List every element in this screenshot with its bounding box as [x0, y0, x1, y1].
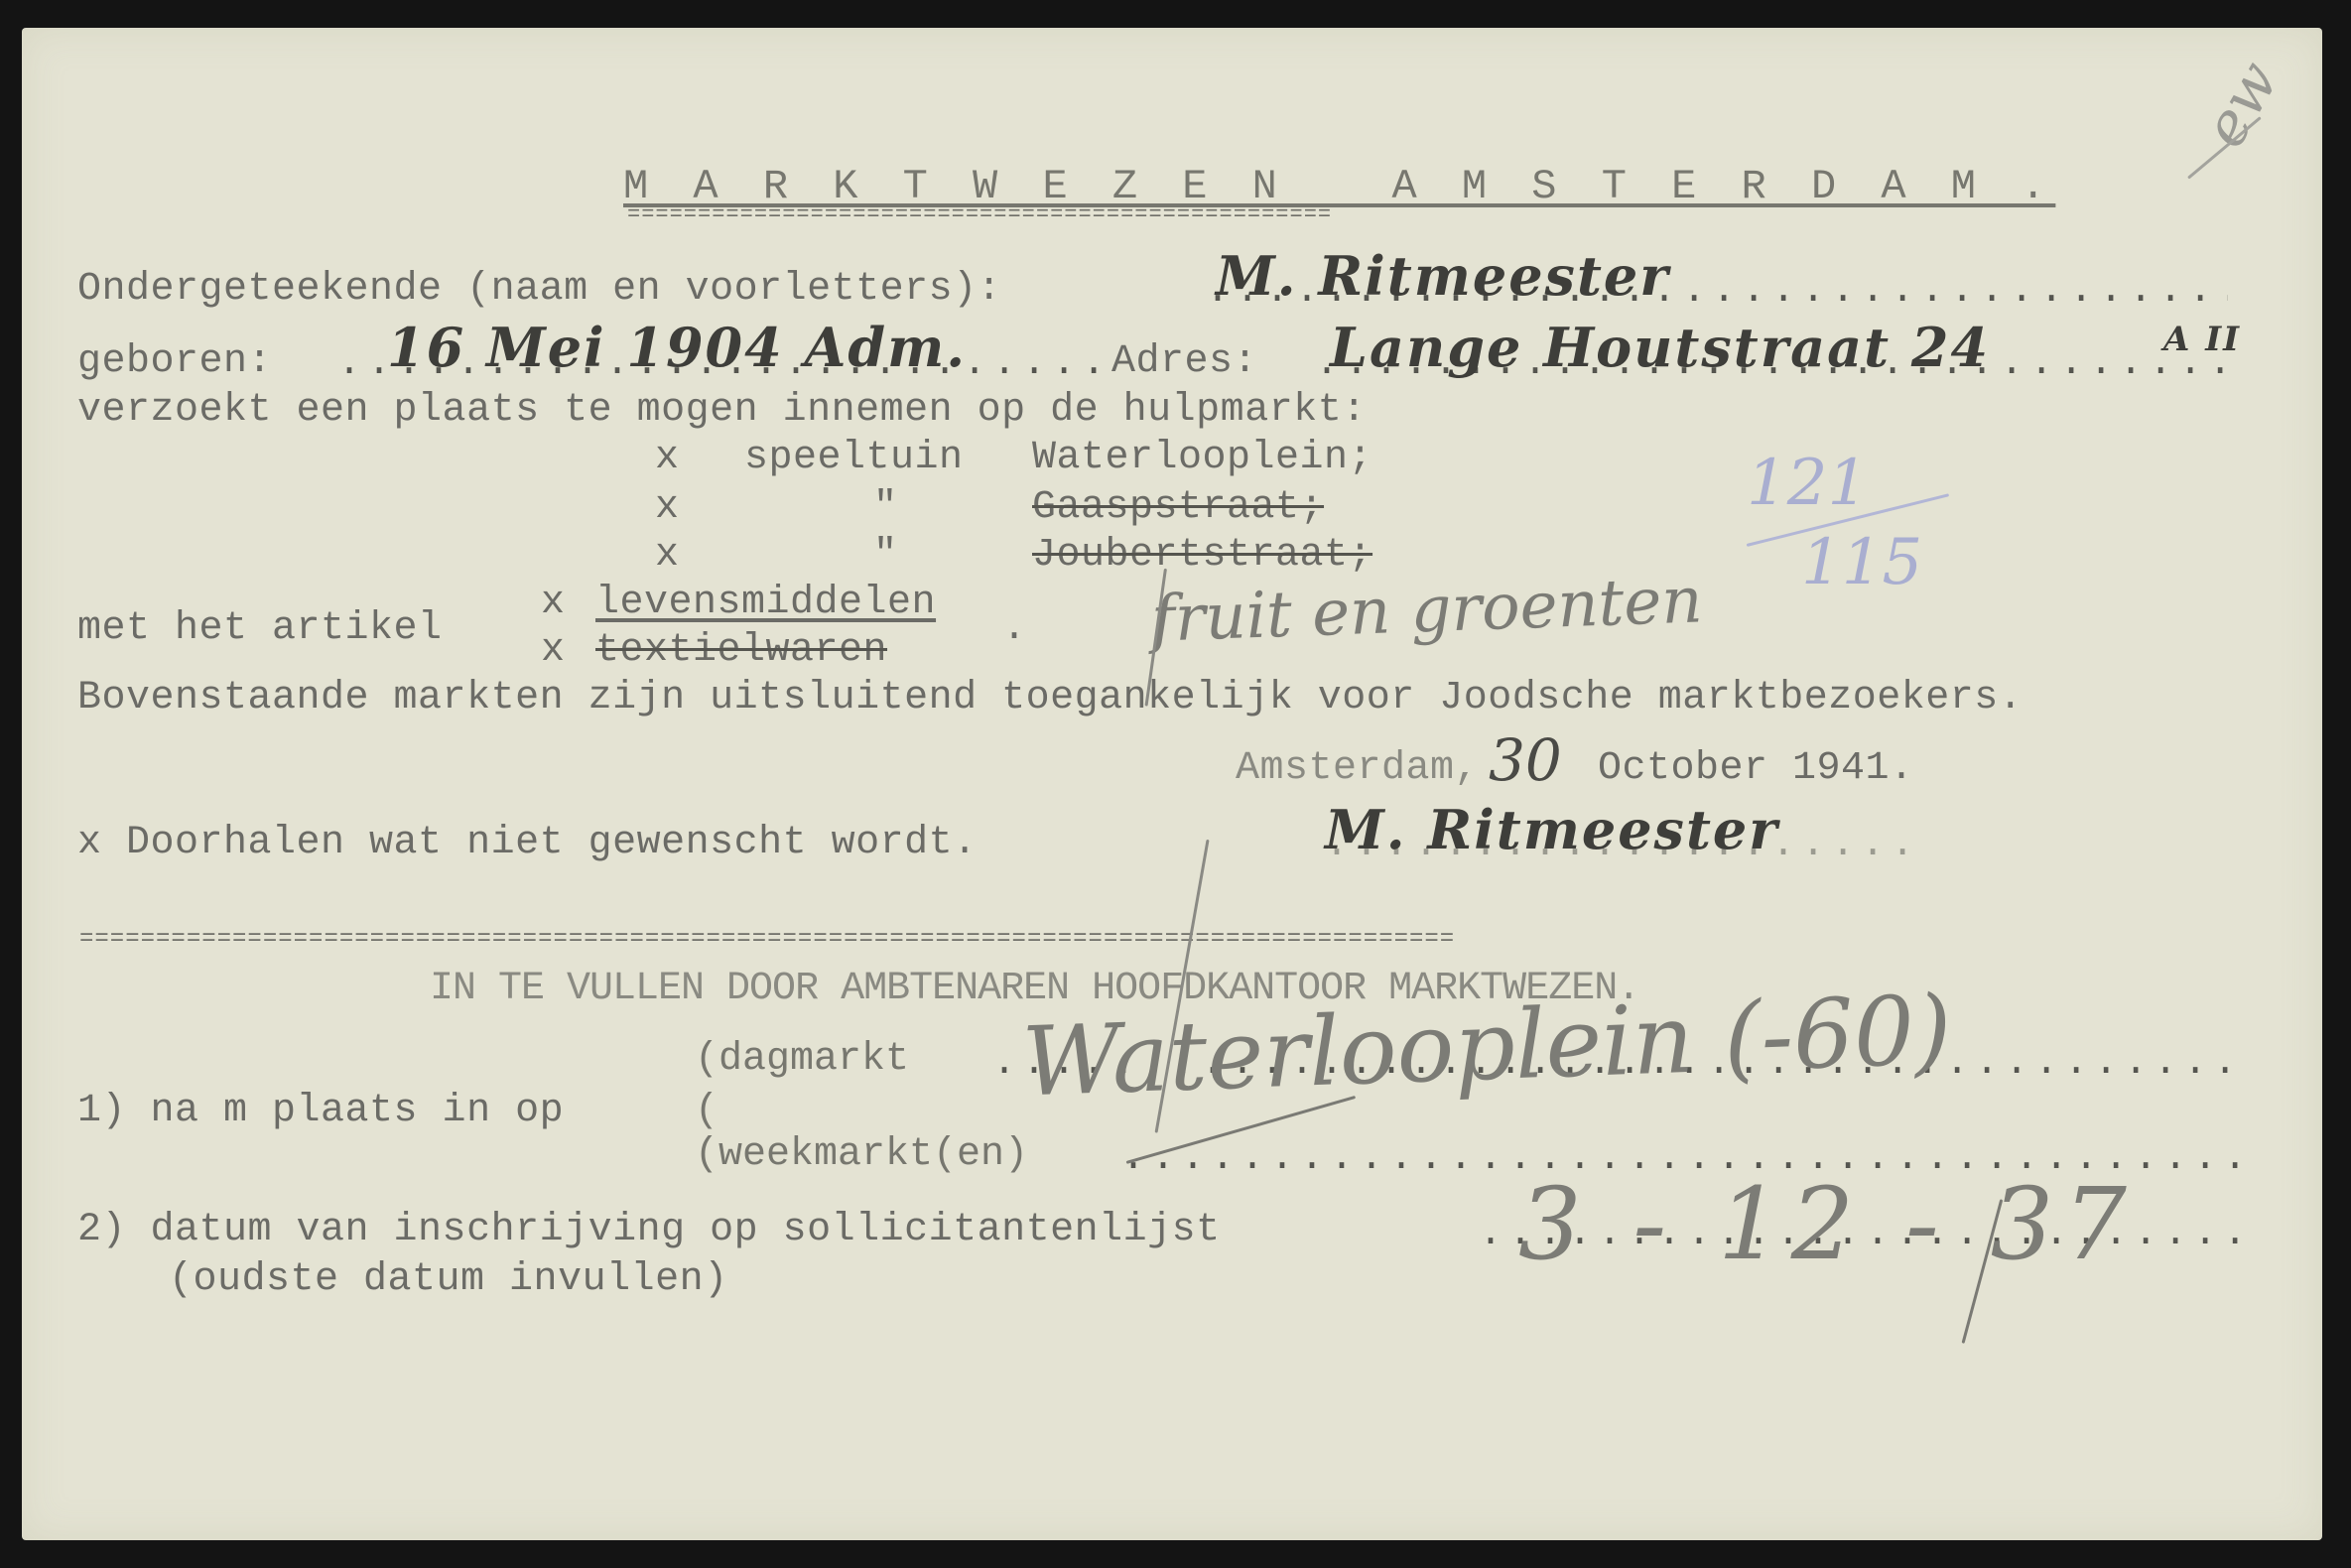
market-option-waterlooplein: Waterlooplein; [1032, 437, 1372, 480]
article-period: . [1002, 607, 1027, 651]
market-option-mark: x [655, 437, 680, 480]
market-option-mark: x [655, 534, 680, 578]
article-option-levensmiddelen: levensmiddelen [595, 582, 936, 625]
date-month-year: October 1941. [1598, 747, 1914, 791]
notice-jewish-only: Bovenstaande markten zijn uitsluitend to… [77, 677, 2023, 720]
market-option-prefix: speeltuin [744, 437, 964, 480]
signature-dot-leader: ........................................… [1325, 824, 1920, 867]
document-title: M A R K T W E Z E N A M S T E R D A M . [623, 165, 2055, 208]
strike-instruction: x Doorhalen wat niet gewenscht wordt. [77, 822, 978, 865]
dagmarkt-label: (dagmarkt [695, 1038, 909, 1082]
market-option-gaaspstraat-struck: Gaaspstraat; [1032, 486, 1324, 530]
title-double-underline: ========================================… [627, 208, 1719, 222]
born-handwritten-value: 16 Mei 1904 Adm. [387, 316, 967, 379]
born-label: geboren: [77, 340, 272, 384]
blue-pencil-note-top: 121 [1747, 447, 1868, 520]
blue-pencil-note-bottom: 115 [1801, 526, 1922, 599]
item2-sublabel: (oudste datum invullen) [169, 1258, 728, 1302]
place-city: Amsterdam, [1236, 747, 1479, 791]
item2-label: 2) datum van inschrijving op sollicitant… [77, 1209, 1221, 1252]
market-option-joubertstraat-struck: Joubertstraat; [1032, 534, 1372, 578]
date-day-handwritten: 30 [1489, 726, 1562, 794]
market-option-prefix: " [873, 486, 898, 530]
address-handwritten-value: Lange Houtstraat 24 [1330, 316, 1990, 379]
article-option-textielwaren-struck: textielwaren [595, 629, 887, 673]
address-label: Adres: [1111, 340, 1257, 384]
article-option-mark: x [541, 629, 566, 673]
name-label: Ondergeteekende (naam en voorletters): [77, 268, 1001, 312]
document-paper [22, 28, 2322, 1540]
market-option-prefix: " [873, 534, 898, 578]
article-option-mark: x [541, 582, 566, 625]
name-handwritten-value: M. Ritmeester [1216, 244, 1670, 308]
request-line: verzoekt een plaats te mogen innemen op … [77, 389, 1367, 433]
item2-handwritten-date: 3 - 12 - 37 [1518, 1166, 2137, 1282]
article-label: met het artikel [77, 607, 443, 651]
market-option-mark: x [655, 486, 680, 530]
weekmarkt-label: (weekmarkt(en) [695, 1133, 1028, 1177]
section-separator: ========================================… [79, 933, 2243, 947]
item1-label: 1) na m plaats in op [77, 1090, 564, 1133]
address-suffix: A II [2163, 320, 2241, 359]
item1-open-paren: ( [695, 1090, 718, 1133]
